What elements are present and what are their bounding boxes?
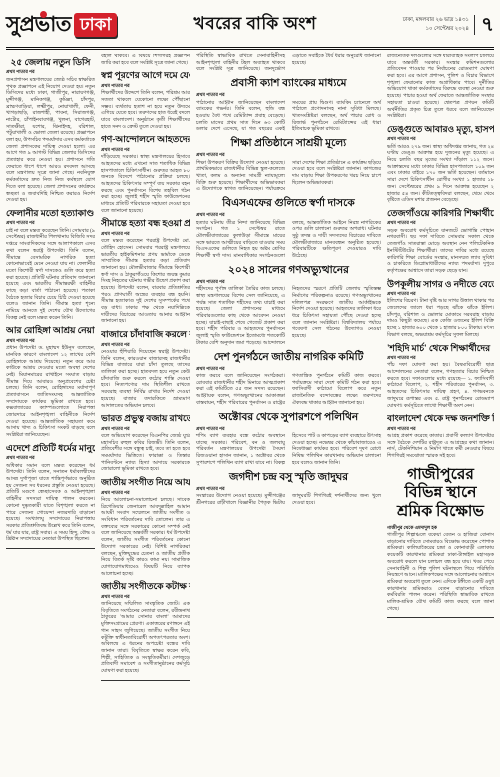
continued-from-label: প্রথম পাতার পর: [387, 135, 494, 143]
article-anthem-azmi: জাতীয় সংগীত নিয়ে আযমীর বক্তব্য প্রথম প…: [101, 477, 190, 578]
masthead-word-2: ঢাকা: [74, 13, 117, 37]
article-headline: ২০২৪ সালের গণঅভ্যুত্থানের: [196, 265, 381, 277]
continued-from-label: প্রথম পাতার পর: [196, 425, 381, 433]
article-body: ভর্তি আরও ২৭৯ জন। স্বাস্থ্য অধিদপ্তর জান…: [387, 145, 494, 205]
article-headline: গণ-আন্দোলনে আহতদের পাশে: [101, 134, 190, 144]
article-headline: বাজারে চাঁদাবাজি করলে ব্যবস্থা: [101, 329, 190, 339]
column-5: রাজনৈতিক দলগুলোর সঙ্গে ধারাবাহিক সংলাপ চ…: [387, 54, 494, 773]
article-body: গাজীপুর শিল্পাঞ্চলে বকেয়া বেতন ও হাজিরা…: [387, 533, 494, 613]
continued-from-label: প্রথম পাতার পর: [196, 365, 381, 373]
article-shahidi-march: 'শহিদি মার্চ' থেকে শিক্ষার্থীদের প্রথম প…: [387, 343, 494, 411]
date-gregorian: ১০ সেপ্টেম্বর ২০২৪: [403, 25, 469, 33]
article-border-killings: সীমান্তে হত্যা বন্ধ হওয়া প্রয়োজন প্রথম…: [101, 218, 190, 326]
article-body: দাঁড়িয়েছে সরকার। স্বাস্থ্য মন্ত্রণালয়…: [101, 155, 190, 215]
continuation-text: বহাল থাকবে। এ বিষয়ে শিগগিরই প্রজ্ঞাপন জ…: [101, 54, 190, 67]
columns-3-4: পরিস্থিতি স্বাভাবিক রাখতে সেনাবাহিনীসহ আ…: [196, 54, 381, 773]
article-body: শিক্ষার্থীদের উদ্দেশে তিনি বলেন, পরিশ্রম…: [101, 91, 190, 131]
continued-from-label: প্রথম পাতার পর: [101, 82, 190, 90]
continued-from-label: প্রথম পাতার পর: [101, 146, 190, 154]
continued-from-label: প্রথম পাতার পর: [196, 211, 381, 219]
page-number: ৭: [474, 15, 494, 35]
article-headline: বাংলাদেশ থেকে দক্ষ জনশক্তি নিতে: [387, 413, 494, 423]
article-india-dominance: ভারত প্রভুত্ব বজায় রাখতে চায় প্রথম পাত…: [101, 413, 190, 474]
article-headline: উপকূলীয় সাগর ও নদীতে বেড়েছে: [387, 279, 494, 289]
continued-from-label: প্রথম পাতার পর: [196, 91, 381, 99]
continuation-text: রাজনৈতিক দলগুলোর সঙ্গে ধারাবাহিক সংলাপ চ…: [387, 54, 494, 121]
article-religion-equal: এদেশে প্রতিটি ধর্মের মানুষের প্রথম পাতার…: [6, 443, 95, 544]
article-headline: ২৫ জেলায় নতুন ডিসি: [6, 57, 95, 67]
reporter-byline: গাজীপুর থেকে এমদাদুল হক: [387, 524, 494, 532]
continued-from-label: প্রথম পাতার পর: [196, 278, 381, 286]
article-tejgaon-students: তেজগাঁওয়ে কারিগরি শিক্ষার্থীদের প্রথম প…: [387, 208, 494, 276]
article-body: নেওয়ার হুঁশিয়ারি দিয়েছেন স্বরাষ্ট্র উ…: [101, 350, 190, 410]
column-2: বহাল থাকবে। এ বিষয়ে শিগগিরই প্রজ্ঞাপন জ…: [101, 54, 190, 773]
article-body: সংস্কারের উদ্যোগ নেওয়া হয়েছে। মুন্সীগঞ…: [196, 494, 381, 507]
article-headline: আর রোহিঙ্গা আশ্রয় নেয়া সম্ভব নয়: [6, 325, 95, 335]
article-headline: জাতীয় সংগীতকে কটাক্ষ করার নিন্দা: [101, 581, 190, 591]
date-bangla: ঢাকা, মঙ্গলবার ২৬ ভাদ্র ১৪৩১: [403, 16, 469, 24]
article-headline: শিক্ষা প্রতিষ্ঠানে সাশ্রয়ী মূল্যে: [196, 138, 381, 150]
masthead-logo: সুপ্রভাত ঢাকা: [6, 13, 156, 37]
article-body: পাঁচ দফা ঘোষণা করা হয়। বৈষম্যবিরোধী ছাত…: [387, 363, 494, 410]
article-body: পাঠানোর আহ্বান জানিয়েছেন বাংলাদেশ ব্যাং…: [196, 101, 381, 134]
article-body: কাজ করবে বলে জানিয়েছেন সংগঠকরা। রোববার …: [196, 374, 381, 407]
article-polythene-ban: অক্টোবর থেকে সুপারশপে পলিথিন প্রথম পাতার…: [196, 412, 381, 468]
article-body: বলে মন্তব্য করেছেন পররাষ্ট্র উপদেষ্টা মো…: [101, 239, 190, 326]
article-body: শহীদদের পূর্ণাঙ্গ তালিকা তৈরির কাজ চলছে।…: [196, 287, 381, 347]
article-headline: জাতীয় সংগীত নিয়ে আযমীর বক্তব্য: [101, 477, 190, 487]
article-body: প্রধান উপদেষ্টা ড. মুহাম্মদ ইউনূস বলেছেন…: [6, 346, 95, 440]
article-body: অধিকার সমান বলে মন্তব্য করেছেন ধর্ম উপদে…: [6, 464, 95, 544]
article-manpower: বাংলাদেশ থেকে দক্ষ জনশক্তি নিতে প্রথম পা…: [387, 413, 494, 461]
article-body: সড়ক অবরোধ কর্মসূচিতে যানজটে ভোগান্তি পো…: [387, 229, 494, 276]
article-body: নিয়ে আলোচনা-সমালোচনা চলছে। সাবেক ব্রিগে…: [101, 498, 190, 578]
continued-from-label: প্রথম পাতার পর: [101, 341, 190, 349]
article-headline: ফেলানীর মতো হত্যাকাণ্ড দেখতে: [6, 208, 95, 218]
masthead-word-1: সুপ্রভাত: [6, 14, 71, 35]
article-citizen-committee: দেশ পুনর্গঠনে জাতীয় নাগরিক কমিটি প্রথম …: [196, 352, 381, 408]
article-headline: বিএসএফের গুলিতে স্বর্ণা দাসকে: [196, 198, 381, 210]
article-body: আগ্রহ প্রকাশ করেছে কাতার। প্রবাসী কল্যাণ…: [387, 434, 494, 461]
sun-icon: [40, 11, 47, 18]
article-remittance: প্রবাসী ক্যাশ ব্যাংকের মাধ্যমে প্রথম পাত…: [196, 78, 381, 134]
article-headline: গাজীপুরের বিভিন্ন স্থানে শ্রমিক বিক্ষোভ: [387, 466, 494, 522]
continued-from-label: প্রথম পাতার পর: [196, 485, 381, 493]
newspaper-page: সুপ্রভাত ঢাকা খবরের বাকি অংশ ঢাকা, মঙ্গল…: [0, 0, 500, 777]
continuation-text: পরিস্থিতি স্বাভাবিক রাখতে সেনাবাহিনীসহ আ…: [196, 54, 381, 74]
continued-from-label: প্রথম পাতার পর: [387, 354, 494, 362]
article-headline: সীমান্তে হত্যা বন্ধ হওয়া প্রয়োজন: [101, 218, 190, 228]
article-body: ইলিশের বিচরণ। টানা বৃষ্টি আর সাগর উত্তাল…: [387, 299, 494, 339]
continued-from-label: প্রথম পাতার পর: [6, 219, 95, 227]
continued-from-label: প্রথম পাতার পর: [101, 593, 190, 601]
article-headline: দেশ পুনর্গঠনে জাতীয় নাগরিক কমিটি: [196, 352, 381, 364]
article-felani: ফেলানীর মতো হত্যাকাণ্ড দেখতে প্রথম পাতার…: [6, 208, 95, 322]
article-headline: জগদীশ চন্দ্র বসু স্মৃতি জাদুঘর: [196, 472, 381, 484]
article-headline: 'শহিদি মার্চ' থেকে শিক্ষার্থীদের: [387, 343, 494, 353]
continued-from-label: প্রথম পাতার পর: [387, 290, 494, 298]
article-headline: ভারত প্রভুত্ব বজায় রাখতে চায়: [101, 413, 190, 423]
continued-from-label: প্রথম পাতার পর: [6, 68, 95, 76]
article-new-dc: ২৫ জেলায় নতুন ডিসি প্রথম পাতার পর জনপ্র…: [6, 57, 95, 205]
article-jagadish-museum: জগদীশ চন্দ্র বসু স্মৃতি জাদুঘর প্রথম পাত…: [196, 472, 381, 508]
article-rohingya: আর রোহিঙ্গা আশ্রয় নেয়া সম্ভব নয় প্রথম…: [6, 325, 95, 439]
continued-from-label: প্রথম পাতার পর: [387, 425, 494, 433]
article-hilsa: উপকূলীয় সাগর ও নদীতে বেড়েছে প্রথম পাতা…: [387, 279, 494, 340]
article-extortion: বাজারে চাঁদাবাজি করলে ব্যবস্থা প্রথম পাত…: [101, 329, 190, 410]
article-dengue: ডেঙ্গুতে আবারও মৃত্যু, হাসপাতালে প্রথম প…: [387, 124, 494, 205]
article-gazipur-protest: গাজীপুরের বিভিন্ন স্থানে শ্রমিক বিক্ষোভ …: [387, 466, 494, 614]
article-body: জানিয়েছে সম্মিলিত সাংস্কৃতিক জোট। এক বি…: [101, 602, 190, 676]
article-headline: তেজগাঁওয়ে কারিগরি শিক্ষার্থীদের: [387, 208, 494, 218]
article-body: শপিং ব্যাগ ব্যবহার বন্ধে কঠোর অবস্থানে য…: [196, 434, 381, 467]
page-header: সুপ্রভাত ঢাকা খবরের বাকি অংশ ঢাকা, মঙ্গল…: [6, 6, 494, 50]
article-school-supplies: শিক্ষা প্রতিষ্ঠানে সাশ্রয়ী মূল্যে প্রথম…: [196, 138, 381, 194]
date-block: ঢাকা, মঙ্গলবার ২৬ ভাদ্র ১৪৩১ ১০ সেপ্টেম্…: [354, 15, 494, 35]
article-body: হত্যার ঘটনায় তীব্র নিন্দা জানিয়েছে বিভ…: [196, 221, 381, 261]
article-injured-movement: গণ-আন্দোলনে আহতদের পাশে প্রথম পাতার পর দ…: [101, 134, 190, 215]
continued-from-label: প্রথম পাতার পর: [6, 454, 95, 462]
continued-from-label: প্রথম পাতার পর: [6, 337, 95, 345]
article-body: জনপ্রশাসন মন্ত্রণালয়ের জ্যেষ্ঠ সচিব স্ব…: [6, 78, 95, 205]
continued-from-label: প্রথম পাতার পর: [101, 425, 190, 433]
section-title: খবরের বাকি অংশ: [156, 11, 354, 39]
continued-from-label: প্রথম পাতার পর: [101, 230, 190, 238]
column-end-rule: [6, 548, 95, 549]
column-end-rule: [101, 680, 190, 681]
continued-from-label: প্রথম পাতার পর: [101, 489, 190, 497]
continued-from-label: প্রথম পাতার পর: [196, 151, 381, 159]
column-end-rule: [387, 617, 494, 618]
news-columns: ২৫ জেলায় নতুন ডিসি প্রথম পাতার পর জনপ্র…: [6, 50, 494, 773]
column-1: ২৫ জেলায় নতুন ডিসি প্রথম পাতার পর জনপ্র…: [6, 54, 95, 773]
article-headline: স্বপ্ন পূরণের আগে দমে যেও না: [101, 70, 190, 80]
article-body: শিক্ষা উপকরণ বিক্রির উদ্যোগ নেওয়া হয়েছ…: [196, 161, 381, 194]
article-body: চাই না বলে মন্তব্য করেছেন তিনি। সোমবার (…: [6, 229, 95, 323]
article-anthem-mockery: জাতীয় সংগীতকে কটাক্ষ করার নিন্দা প্রথম …: [101, 581, 190, 675]
article-headline: এদেশে প্রতিটি ধর্মের মানুষের: [6, 443, 95, 453]
continued-from-label: প্রথম পাতার পর: [387, 219, 494, 227]
article-headline: প্রবাসী ক্যাশ ব্যাংকের মাধ্যমে: [196, 78, 381, 90]
article-swarna-das: বিএসএফের গুলিতে স্বর্ণা দাসকে প্রথম পাতা…: [196, 198, 381, 261]
article-headline: অক্টোবর থেকে সুপারশপে পলিথিন: [196, 412, 381, 424]
article-headline: ডেঙ্গুতে আবারও মৃত্যু, হাসপাতালে: [387, 124, 494, 134]
article-body: বলে অভিযোগ করেছেন বিএনপির জ্যেষ্ঠ যুগ্ম …: [101, 434, 190, 474]
article-dream: স্বপ্ন পূরণের আগে দমে যেও না প্রথম পাতার…: [101, 70, 190, 131]
article-uprising-2024: ২০২৪ সালের গণঅভ্যুত্থানের প্রথম পাতার পর…: [196, 265, 381, 348]
